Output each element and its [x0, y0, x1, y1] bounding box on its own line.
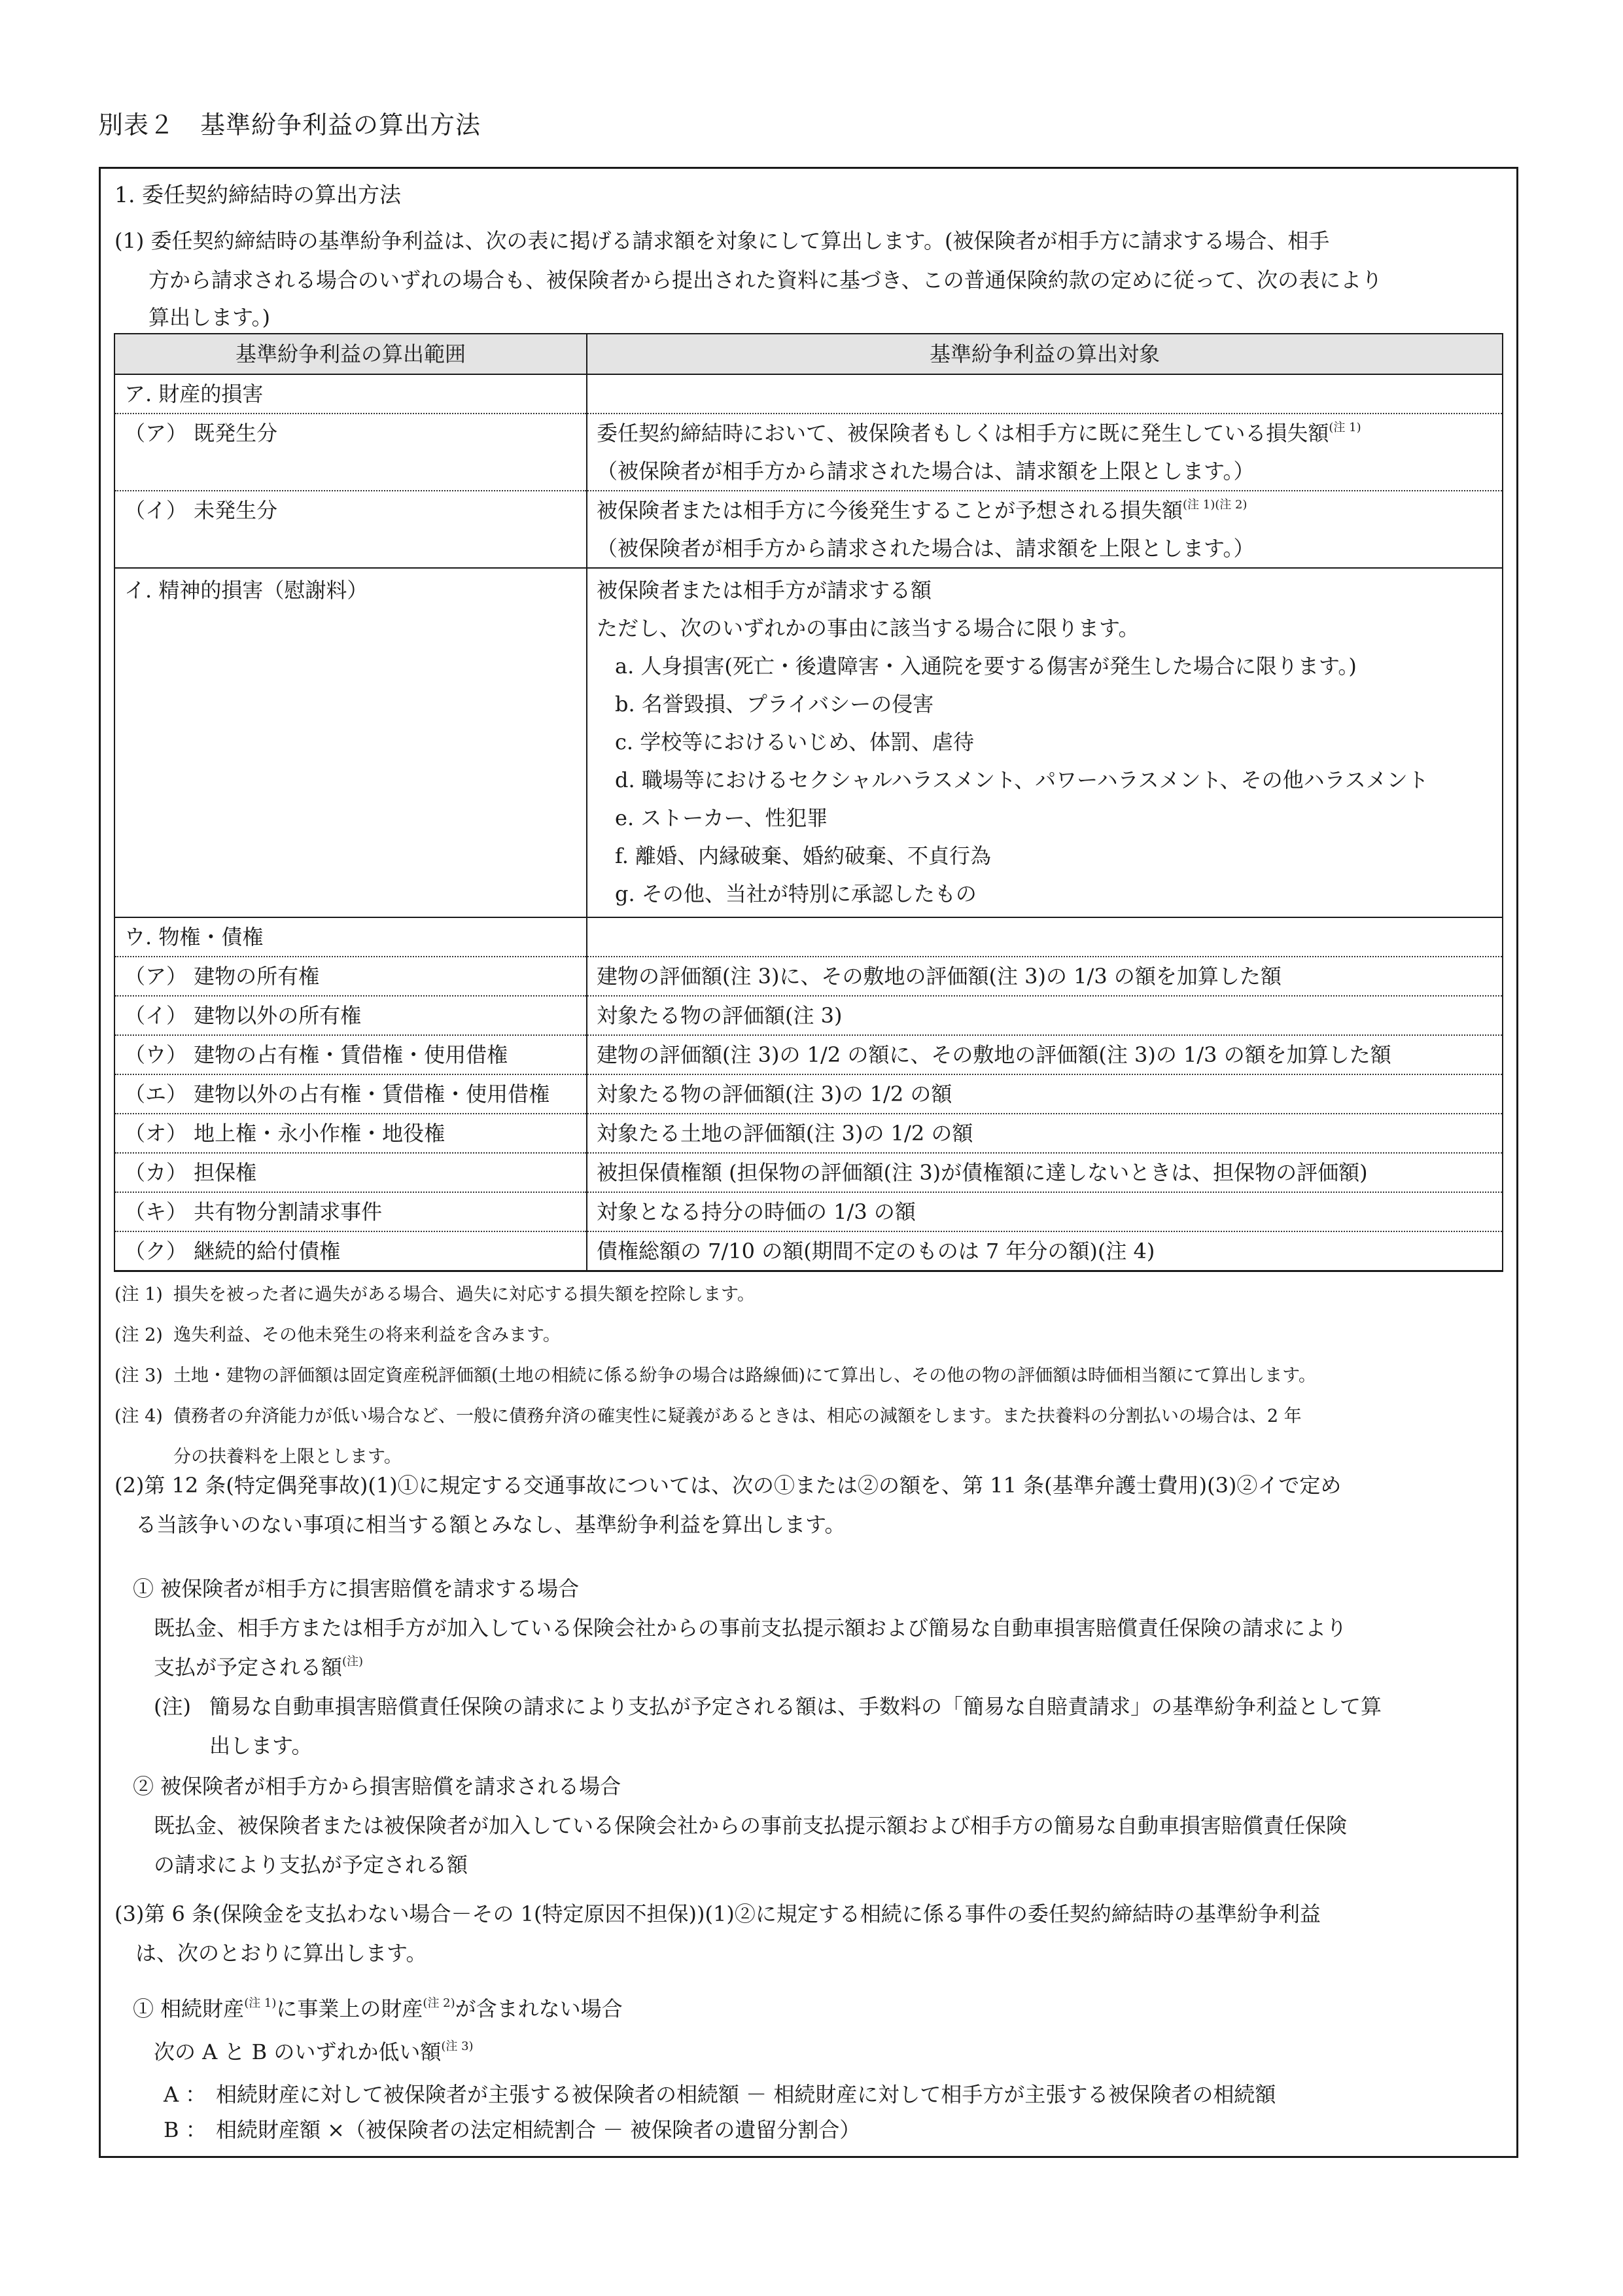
table-row: （ア） 建物の所有権 建物の評価額(注 3)に、その敷地の評価額(注 3)の 1…	[114, 957, 1503, 996]
case-1-line-1: 既払金、相手方または相手方が加入している保険会社からの事前支払提示額および簡易な…	[114, 1608, 1508, 1648]
table-row: （キ） 共有物分割請求事件 対象となる持分の時価の 1/3 の額	[114, 1192, 1503, 1231]
intro-line-1: (1) 委任契約締結時の基準紛争利益は、次の表に掲げる請求額を対象にして算出しま…	[114, 221, 1508, 260]
para2-case-2: ② 被保険者が相手方から損害賠償を請求される場合 既払金、被保険者または被保険者…	[114, 1767, 1508, 1884]
formula-a: A ： 相続財産に対して被保険者が主張する被保険者の相続額 － 相続財産に対して…	[114, 2077, 1508, 2112]
footnote-label: (注 4)	[114, 1396, 173, 1437]
scope-cell: （ク） 継続的給付債権	[114, 1231, 587, 1271]
formula-b-label: B ：	[164, 2112, 216, 2147]
target-cell: 委任契約締結時において、被保険者もしくは相手方に既に発生している損失額(注 1)…	[587, 414, 1503, 491]
footnote: (注 4) 債務者の弁済能力が低い場合など、一般に債務弁済の確実性に疑義があると…	[114, 1396, 1508, 1437]
table-row: （カ） 担保権 被担保債権額 (担保物の評価額(注 3)が債権額に達しないときは…	[114, 1153, 1503, 1192]
para3-case-1: ① 相続財産(注 1)に事業上の財産(注 2)が含まれない場合 次の A と B…	[114, 1989, 1508, 2147]
scope-cell: （オ） 地上権・永小作権・地役権	[114, 1114, 587, 1153]
footnote-label: (注 1)	[114, 1275, 173, 1315]
table-row: （オ） 地上権・永小作権・地役権 対象たる土地の評価額(注 3)の 1/2 の額	[114, 1114, 1503, 1153]
footnotes: (注 1) 損失を被った者に過失がある場合、過失に対応する損失額を控除します。 …	[114, 1275, 1508, 1477]
intro-line-3: 算出します。)	[114, 300, 1508, 335]
case-1-line-2: 支払が予定される額	[154, 1655, 342, 1680]
section-heading: 1. 委任契約締結時の算出方法	[114, 178, 401, 209]
scope-cell: （ア） 建物の所有権	[114, 957, 587, 996]
table-row: イ. 精神的損害（慰謝料） 被保険者または相手方が請求する額 ただし、次のいずれ…	[114, 568, 1503, 917]
scope-cell: （イ） 未発生分	[114, 491, 587, 568]
footnote-text: 債務者の弁済能力が低い場合など、一般に債務弁済の確実性に疑義があるときは、相応の…	[173, 1396, 1302, 1437]
page-title: 別表２ 基準紛争利益の算出方法	[98, 105, 481, 141]
formula-a-text: 相続財産に対して被保険者が主張する被保険者の相続額 － 相続財産に対して相手方が…	[216, 2077, 1276, 2112]
scope-cell: （エ） 建物以外の占有権・賃借権・使用借権	[114, 1074, 587, 1114]
note-ref: (注)	[342, 1655, 363, 1669]
case-1-title: ① 被保険者が相手方に損害賠償を請求する場合	[114, 1569, 1508, 1608]
target-cell: 債権総額の 7/10 の額(期間不定のものは 7 年分の額)(注 4)	[587, 1231, 1503, 1271]
scope-cell: （ア） 既発生分	[114, 414, 587, 491]
footnote-text: 逸失利益、その他未発生の将来利益を含みます。	[173, 1315, 561, 1356]
table-row: （ク） 継続的給付債権 債権総額の 7/10 の額(期間不定のものは 7 年分の…	[114, 1231, 1503, 1271]
lower-of-a-b: 次の A と B のいずれか低い額(注 3)	[114, 2032, 1508, 2072]
table-row: （エ） 建物以外の占有権・賃借権・使用借権 対象たる物の評価額(注 3)の 1/…	[114, 1074, 1503, 1114]
table-row-category: ウ. 物権・債権	[114, 917, 1503, 957]
case-2-line-1: 既払金、被保険者または被保険者が加入している保険会社からの事前支払提示額および相…	[114, 1806, 1508, 1845]
scope-cell: （キ） 共有物分割請求事件	[114, 1192, 587, 1231]
note-ref: (注 2)	[423, 1996, 455, 2010]
target-text: （被保険者が相手方から請求された場合は、請求額を上限とします。）	[597, 529, 1493, 567]
intro-line-2: 方から請求される場合のいずれの場合も、被保険者から提出された資料に基づき、この普…	[114, 260, 1508, 300]
para3-line-1: (3)第 6 条(保険金を支払わない場合－その 1(特定原因不担保))(1)②に…	[114, 1894, 1508, 1934]
para3-line-2: は、次のとおりに算出します。	[114, 1934, 1508, 1973]
footnote-label: (注 2)	[114, 1315, 173, 1356]
title-part: に事業上の財産	[276, 1996, 423, 2021]
list-item: a. 人身損害(死亡・後遺障害・入通院を要する傷害が発生した場合に限ります。)	[615, 647, 1493, 685]
calculation-table: 基準紛争利益の算出範囲 基準紛争利益の算出対象 ア. 財産的損害 （ア） 既発生…	[114, 333, 1503, 1272]
footnote: (注 2) 逸失利益、その他未発生の将来利益を含みます。	[114, 1315, 1508, 1356]
para2-line-1: (2)第 12 条(特定偶発事故)(1)①に規定する交通事故については、次の①ま…	[114, 1466, 1508, 1505]
header-target: 基準紛争利益の算出対象	[587, 334, 1503, 374]
note-ref: (注 1)	[1329, 421, 1361, 434]
target-text: ただし、次のいずれかの事由に該当する場合に限ります。	[597, 609, 1493, 647]
footnote-text: 損失を被った者に過失がある場合、過失に対応する損失額を控除します。	[173, 1275, 755, 1315]
category-mental-damage: イ. 精神的損害（慰謝料）	[114, 568, 587, 917]
empty-cell	[587, 374, 1503, 414]
table-row: （イ） 建物以外の所有権 対象たる物の評価額(注 3)	[114, 996, 1503, 1035]
paragraph-2: (2)第 12 条(特定偶発事故)(1)①に規定する交通事故については、次の①ま…	[114, 1466, 1508, 1544]
header-scope: 基準紛争利益の算出範囲	[114, 334, 587, 374]
note-ref: (注 1)	[244, 1996, 276, 2010]
table-row: （イ） 未発生分 被保険者または相手方に今後発生することが予想される損失額(注 …	[114, 491, 1503, 568]
target-cell: 建物の評価額(注 3)に、その敷地の評価額(注 3)の 1/3 の額を加算した額	[587, 957, 1503, 996]
scope-cell: （ウ） 建物の占有権・賃借権・使用借権	[114, 1035, 587, 1074]
category-property-damage: ア. 財産的損害	[114, 374, 587, 414]
case-1-note: (注) 簡易な自動車損害賠償責任保険の請求により支払が予定される額は、手数料の「…	[114, 1687, 1508, 1726]
target-text: （被保険者が相手方から請求された場合は、請求額を上限とします。）	[597, 452, 1493, 490]
list-item: g. その他、当社が特別に承認したもの	[615, 875, 1493, 913]
category-property-rights: ウ. 物権・債権	[114, 917, 587, 957]
footnote: (注 3) 土地・建物の評価額は固定資産税評価額(土地の相続に係る紛争の場合は路…	[114, 1356, 1508, 1396]
target-cell: 被担保債権額 (担保物の評価額(注 3)が債権額に達しないときは、担保物の評価額…	[587, 1153, 1503, 1192]
target-cell: 被保険者または相手方に今後発生することが予想される損失額(注 1)(注 2) （…	[587, 491, 1503, 568]
footnote-label: (注 3)	[114, 1356, 173, 1396]
formula-a-label: A ：	[164, 2077, 216, 2112]
list-item: c. 学校等におけるいじめ、体罰、虐待	[615, 723, 1493, 761]
note-ref: (注 3)	[441, 2040, 473, 2053]
target-cell: 対象たる物の評価額(注 3)の 1/2 の額	[587, 1074, 1503, 1114]
intro-paragraph: (1) 委任契約締結時の基準紛争利益は、次の表に掲げる請求額を対象にして算出しま…	[114, 221, 1508, 335]
case-2-line-2: の請求により支払が予定される額	[114, 1845, 1508, 1884]
target-text: 委任契約締結時において、被保険者もしくは相手方に既に発生している損失額	[597, 421, 1329, 446]
paragraph-3: (3)第 6 条(保険金を支払わない場合－その 1(特定原因不担保))(1)②に…	[114, 1894, 1508, 1973]
list-item: e. ストーカー、性犯罪	[615, 799, 1493, 837]
target-text: 被保険者または相手方が請求する額	[597, 571, 1493, 609]
case-1-line-2-wrap: 支払が予定される額(注)	[114, 1648, 1508, 1687]
note-ref: (注 1)(注 2)	[1183, 498, 1247, 512]
footnote-text: 土地・建物の評価額は固定資産税評価額(土地の相続に係る紛争の場合は路線価)にて算…	[173, 1356, 1316, 1396]
list-item: b. 名誉毀損、プライバシーの侵害	[615, 685, 1493, 723]
title-part: が含まれない場合	[455, 1996, 623, 2021]
target-cell: 対象たる土地の評価額(注 3)の 1/2 の額	[587, 1114, 1503, 1153]
scope-cell: （カ） 担保権	[114, 1153, 587, 1192]
target-text: 被保険者または相手方に今後発生することが予想される損失額	[597, 498, 1183, 523]
title-part: ① 相続財産	[133, 1996, 244, 2021]
case-1-note-line-2: 出します。	[114, 1726, 1508, 1765]
table-row: （ウ） 建物の占有権・賃借権・使用借権 建物の評価額(注 3)の 1/2 の額に…	[114, 1035, 1503, 1074]
para2-case-1: ① 被保険者が相手方に損害賠償を請求する場合 既払金、相手方または相手方が加入し…	[114, 1569, 1508, 1765]
case-2-title: ② 被保険者が相手方から損害賠償を請求される場合	[114, 1767, 1508, 1806]
target-cell: 被保険者または相手方が請求する額 ただし、次のいずれかの事由に該当する場合に限り…	[587, 568, 1503, 917]
footnote: (注 1) 損失を被った者に過失がある場合、過失に対応する損失額を控除します。	[114, 1275, 1508, 1315]
list-item: f. 離婚、内縁破棄、婚約破棄、不貞行為	[615, 837, 1493, 875]
target-cell: 建物の評価額(注 3)の 1/2 の額に、その敷地の評価額(注 3)の 1/3 …	[587, 1035, 1503, 1074]
table-header-row: 基準紛争利益の算出範囲 基準紛争利益の算出対象	[114, 334, 1503, 374]
para2-line-2: る当該争いのない事項に相当する額とみなし、基準紛争利益を算出します。	[114, 1505, 1508, 1544]
scope-cell: （イ） 建物以外の所有権	[114, 996, 587, 1035]
list-item: d. 職場等におけるセクシャルハラスメント、パワーハラスメント、その他ハラスメン…	[615, 761, 1493, 799]
empty-cell	[587, 917, 1503, 957]
case-1-note-label: (注)	[154, 1687, 209, 1726]
case-1-note-line-1: 簡易な自動車損害賠償責任保険の請求により支払が予定される額は、手数料の「簡易な自…	[209, 1687, 1382, 1726]
table-row: （ア） 既発生分 委任契約締結時において、被保険者もしくは相手方に既に発生してい…	[114, 414, 1503, 491]
target-cell: 対象となる持分の時価の 1/3 の額	[587, 1192, 1503, 1231]
inheritance-case-title: ① 相続財産(注 1)に事業上の財産(注 2)が含まれない場合	[114, 1989, 1508, 2028]
mental-damage-list: a. 人身損害(死亡・後遺障害・入通院を要する傷害が発生した場合に限ります。) …	[597, 647, 1493, 913]
formula-b: B ： 相続財産額 ×（被保険者の法定相続割合 － 被保険者の遺留分割合）	[114, 2112, 1508, 2147]
table-row-category: ア. 財産的損害	[114, 374, 1503, 414]
lower-of-text: 次の A と B のいずれか低い額	[154, 2040, 441, 2064]
formula-b-text: 相続財産額 ×（被保険者の法定相続割合 － 被保険者の遺留分割合）	[216, 2112, 860, 2147]
target-cell: 対象たる物の評価額(注 3)	[587, 996, 1503, 1035]
